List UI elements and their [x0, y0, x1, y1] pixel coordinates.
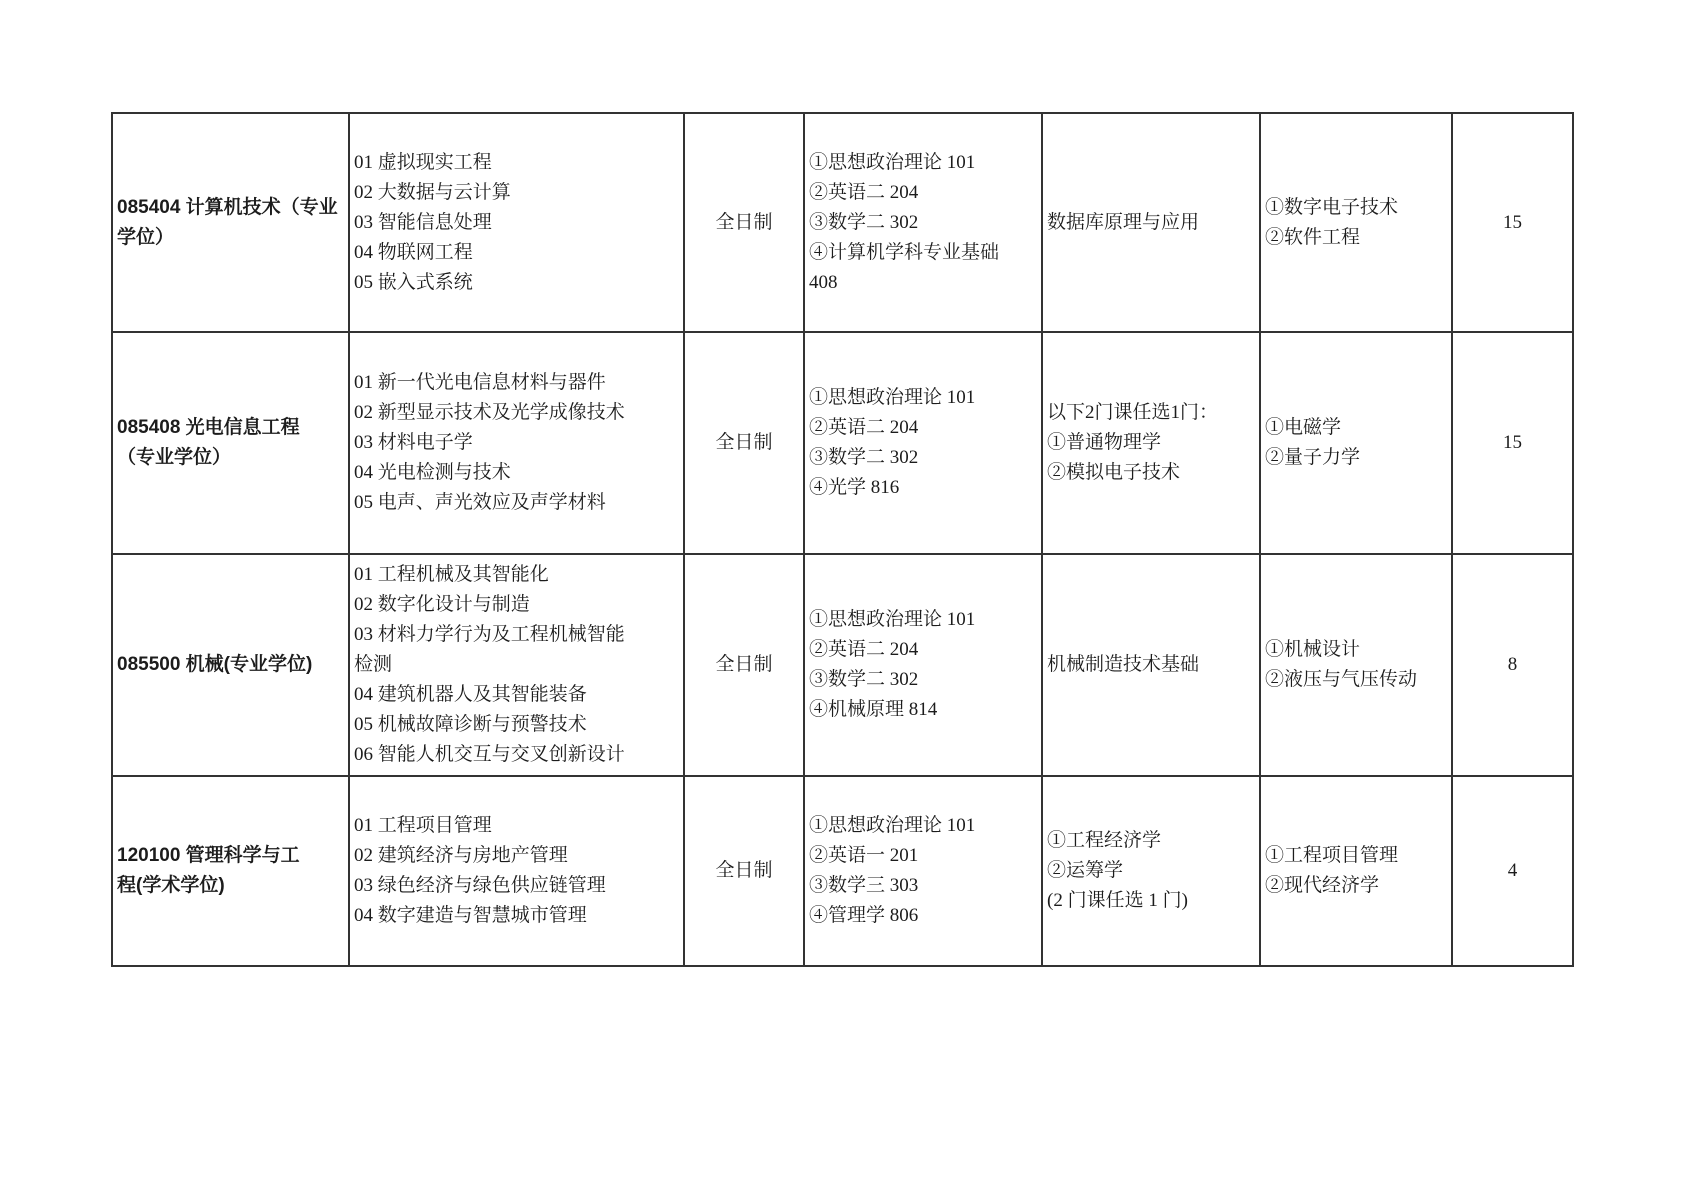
admissions-catalog-table: 085404 计算机技术（专业 学位） 01 虚拟现实工程 02 大数据与云计算…: [111, 112, 1574, 967]
additional-exam: ①工程经济学 ②运筹学 (2 门课任选 1 门): [1042, 776, 1260, 966]
program-name: 085404 计算机技术（专业 学位）: [112, 113, 349, 332]
table-row: 085404 计算机技术（专业 学位） 01 虚拟现实工程 02 大数据与云计算…: [112, 113, 1573, 332]
research-directions: 01 工程项目管理 02 建筑经济与房地产管理 03 绿色经济与绿色供应链管理 …: [349, 776, 684, 966]
additional-exam: 以下2门课任选1门： ①普通物理学 ②模拟电子技术: [1042, 332, 1260, 554]
table-row: 120100 管理科学与工 程(学术学位) 01 工程项目管理 02 建筑经济与…: [112, 776, 1573, 966]
program-name: 085408 光电信息工程 （专业学位）: [112, 332, 349, 554]
exam-subjects: ①思想政治理论 101 ②英语二 204 ③数学二 302 ④光学 816: [804, 332, 1042, 554]
admission-quota: 4: [1452, 776, 1573, 966]
study-mode: 全日制: [684, 554, 804, 776]
admission-quota: 8: [1452, 554, 1573, 776]
research-directions: 01 虚拟现实工程 02 大数据与云计算 03 智能信息处理 04 物联网工程 …: [349, 113, 684, 332]
additional-exam: 机械制造技术基础: [1042, 554, 1260, 776]
exam-subjects: ①思想政治理论 101 ②英语一 201 ③数学三 303 ④管理学 806: [804, 776, 1042, 966]
additional-exam: 数据库原理与应用: [1042, 113, 1260, 332]
table-row: 085500 机械(专业学位) 01 工程机械及其智能化 02 数字化设计与制造…: [112, 554, 1573, 776]
study-mode: 全日制: [684, 332, 804, 554]
study-mode: 全日制: [684, 776, 804, 966]
retest-subjects: ①工程项目管理 ②现代经济学: [1260, 776, 1452, 966]
document-page: 085404 计算机技术（专业 学位） 01 虚拟现实工程 02 大数据与云计算…: [0, 0, 1683, 1190]
program-name: 120100 管理科学与工 程(学术学位): [112, 776, 349, 966]
retest-subjects: ①电磁学 ②量子力学: [1260, 332, 1452, 554]
exam-subjects: ①思想政治理论 101 ②英语二 204 ③数学二 302 ④机械原理 814: [804, 554, 1042, 776]
table-row: 085408 光电信息工程 （专业学位） 01 新一代光电信息材料与器件 02 …: [112, 332, 1573, 554]
retest-subjects: ①数字电子技术 ②软件工程: [1260, 113, 1452, 332]
research-directions: 01 工程机械及其智能化 02 数字化设计与制造 03 材料力学行为及工程机械智…: [349, 554, 684, 776]
program-name: 085500 机械(专业学位): [112, 554, 349, 776]
admission-quota: 15: [1452, 332, 1573, 554]
research-directions: 01 新一代光电信息材料与器件 02 新型显示技术及光学成像技术 03 材料电子…: [349, 332, 684, 554]
retest-subjects: ①机械设计 ②液压与气压传动: [1260, 554, 1452, 776]
study-mode: 全日制: [684, 113, 804, 332]
admission-quota: 15: [1452, 113, 1573, 332]
exam-subjects: ①思想政治理论 101 ②英语二 204 ③数学二 302 ④计算机学科专业基础…: [804, 113, 1042, 332]
